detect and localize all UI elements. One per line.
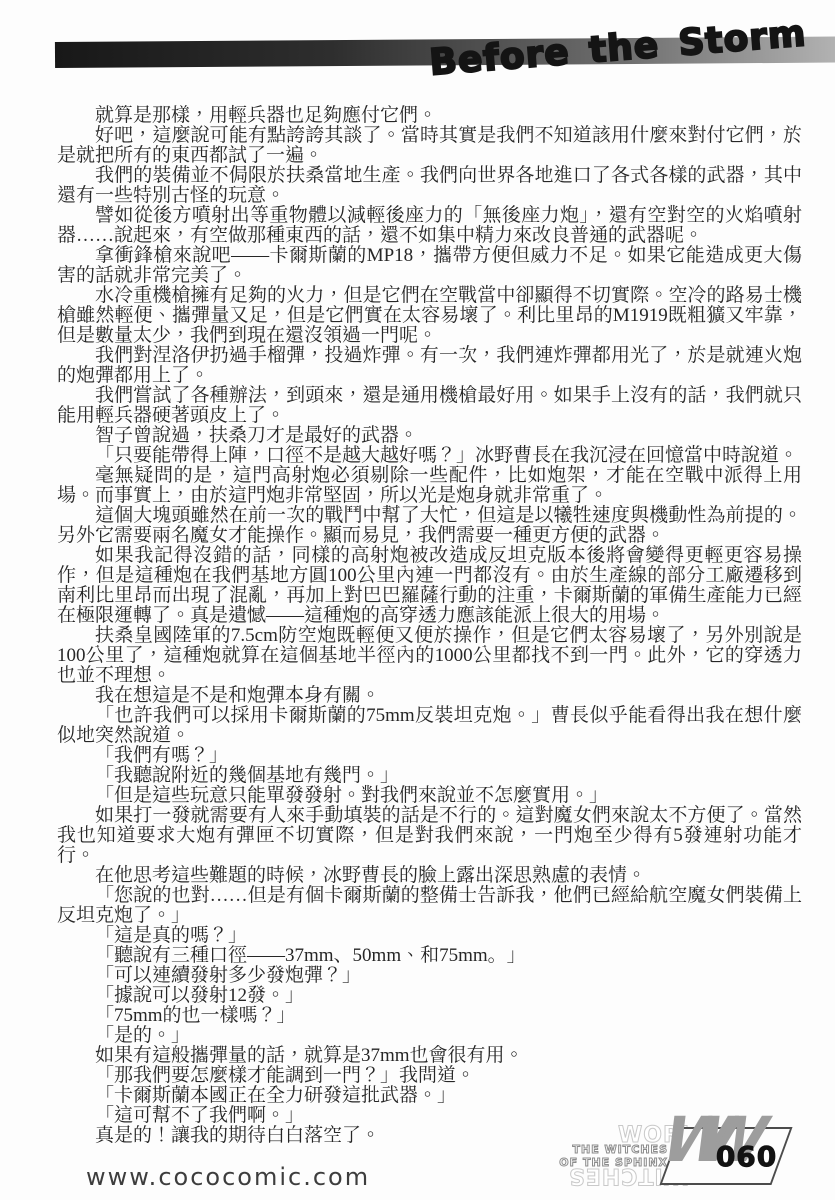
body-paragraph: 「我們有嗎？」	[57, 746, 802, 766]
page-number-emblem: W W 060	[659, 1127, 792, 1185]
page-number: 060	[715, 1140, 776, 1173]
body-paragraph: 在他思考這些難題的時候，冰野曹長的臉上露出深思熟慮的表情。	[57, 866, 802, 886]
logo-subtitle-line1: THE WITCHES	[538, 1143, 668, 1156]
body-paragraph: 我在想這是不是和炮彈本身有關。	[57, 686, 802, 706]
logo-subtitle-line2: OF THE SPHINX	[538, 1156, 668, 1169]
body-paragraph: 好吧，這麼說可能有點誇誇其談了。當時其實是我們不知道該用什麼來對付它們，於是就把…	[57, 126, 802, 166]
body-paragraph: 「我聽說附近的幾個基地有幾門。」	[57, 766, 802, 786]
body-paragraph: 這個大塊頭雖然在前一次的戰鬥中幫了大忙，但這是以犧牲速度與機動性為前提的。另外它…	[57, 506, 802, 546]
body-paragraph: 我們對涅洛伊扔過手榴彈，投過炸彈。有一次，我們連炸彈都用光了，於是就連火炮的炮彈…	[57, 346, 802, 386]
body-paragraph: 「據說可以發射12發。」	[57, 986, 802, 1006]
body-paragraph: 我們的裝備並不侷限於扶桑當地生產。我們向世界各地進口了各式各樣的武器，其中還有一…	[57, 166, 802, 206]
body-paragraph: 毫無疑問的是，這門高射炮必須剔除一些配件，比如炮架，才能在空戰中派得上用場。而事…	[57, 466, 802, 506]
body-paragraph: 「只要能帶得上陣，口徑不是越大越好嗎？」冰野曹長在我沉浸在回憶當中時說道。	[57, 446, 802, 466]
body-paragraph: 「那我們要怎麼樣才能調到一門？」我問道。	[57, 1066, 802, 1086]
body-paragraph: 如果打一發就需要有人來手動填裝的話是不行的。這對魔女們來說太不方便了。當然我也知…	[57, 806, 802, 866]
page-header-title: Before the Storm	[428, 13, 808, 84]
body-paragraph: 譬如從後方噴射出等重物體以減輕後座力的「無後座力炮」，還有空對空的火焰噴射器………	[57, 206, 802, 246]
body-text: 就算是那樣，用輕兵器也足夠應付它們。好吧，這麼說可能有點誇誇其談了。當時其實是我…	[57, 106, 802, 1146]
body-paragraph: 扶桑皇國陸軍的7.5cm防空炮既輕便又便於操作，但是它們太容易壞了，另外別說是1…	[57, 626, 802, 686]
body-paragraph: 「您說的也對……但是有個卡爾斯蘭的整備士告訴我，他們已經給航空魔女們裝備上反坦克…	[57, 886, 802, 926]
body-paragraph: 如果我記得沒錯的話，同樣的高射炮被改造成反坦克版本後將會變得更輕更容易操作，但是…	[57, 546, 802, 626]
body-paragraph: 「聽說有三種口徑——37mm、50mm、和75mm。」	[57, 946, 802, 966]
body-paragraph: 就算是那樣，用輕兵器也足夠應付它們。	[57, 106, 802, 126]
body-paragraph: 「可以連續發射多少發炮彈？」	[57, 966, 802, 986]
body-paragraph: 我們嘗試了各種辦法，到頭來，還是通用機槍最好用。如果手上沒有的話，我們就只能用輕…	[57, 386, 802, 426]
body-paragraph: 如果有這般攜彈量的話，就算是37mm也會很有用。	[57, 1046, 802, 1066]
series-logo: WORLD WITCHES THE WITCHES OF THE SPHINX …	[530, 1115, 790, 1195]
logo-subtitle: THE WITCHES OF THE SPHINX	[538, 1143, 668, 1169]
body-paragraph: 智子曾說過，扶桑刀才是最好的武器。	[57, 426, 802, 446]
body-paragraph: 「75mm的也一樣嗎？」	[57, 1006, 802, 1026]
watermark-url: www.cococomic.com	[86, 1163, 370, 1191]
body-paragraph: 「但是這些玩意只能單發發射。對我們來說並不怎麼實用。」	[57, 786, 802, 806]
scanned-novel-page: Before the Storm 就算是那樣，用輕兵器也足夠應付它們。好吧，這麼…	[0, 0, 835, 1200]
body-paragraph: 「這是真的嗎？」	[57, 926, 802, 946]
body-paragraph: 「是的。」	[57, 1026, 802, 1046]
body-paragraph: 拿衝鋒槍來說吧——卡爾斯蘭的MP18，攜帶方便但威力不足。如果它能造成更大傷害的…	[57, 246, 802, 286]
body-paragraph: 水冷重機槍擁有足夠的火力，但是它們在空戰當中卻顯得不切實際。空冷的路易士機槍雖然…	[57, 286, 802, 346]
body-paragraph: 「也許我們可以採用卡爾斯蘭的75mm反裝坦克炮。」曹長似乎能看得出我在想什麼似地…	[57, 706, 802, 746]
